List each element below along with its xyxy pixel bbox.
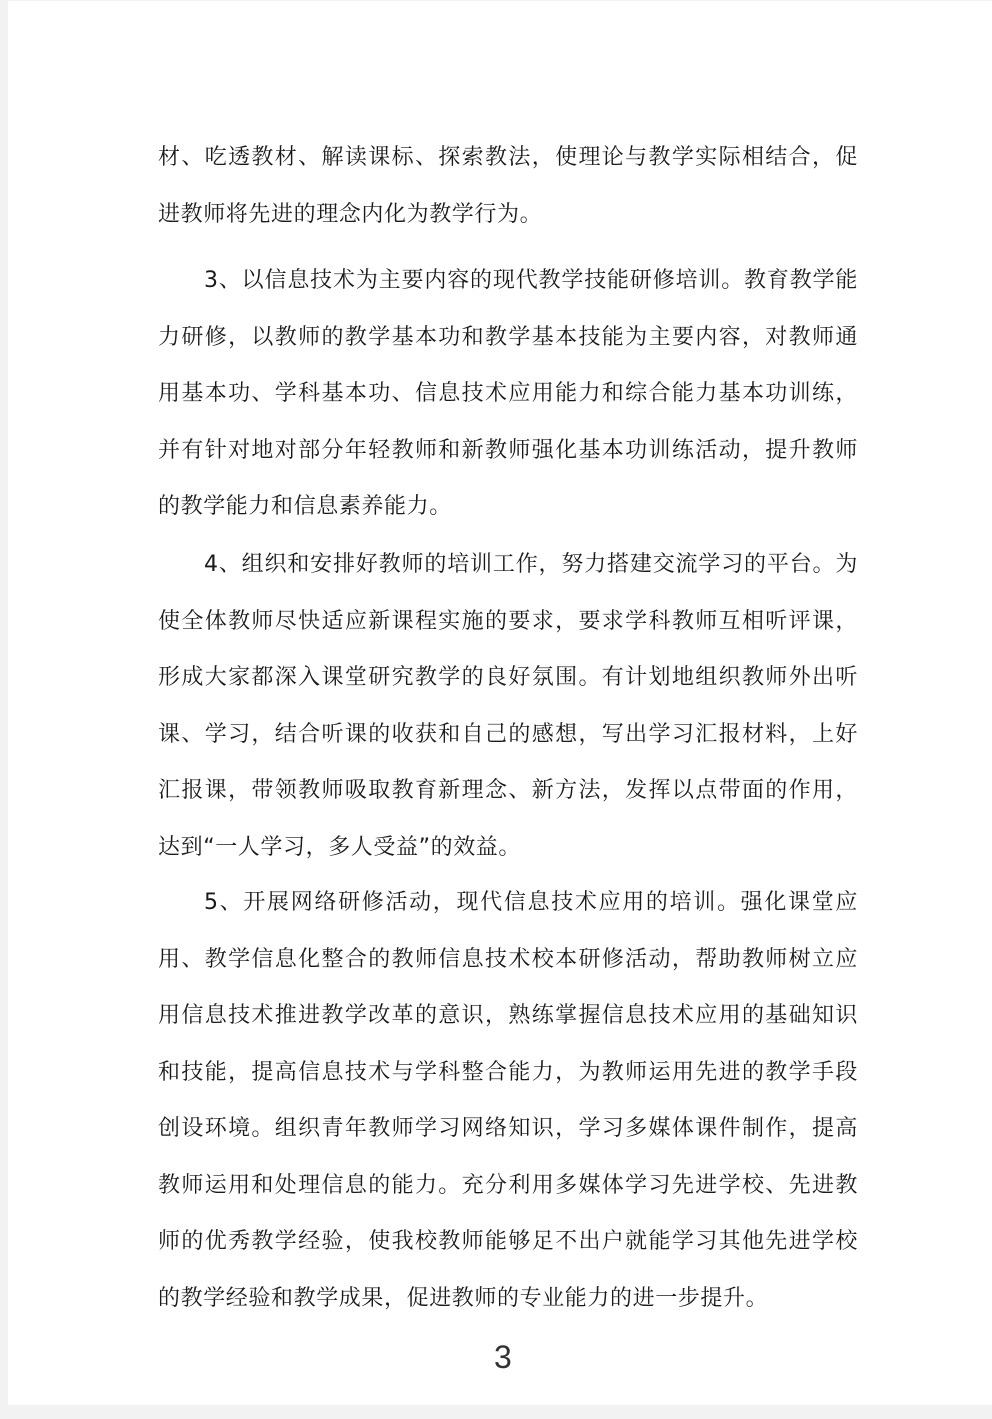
paragraph-item-3: 3、以信息技术为主要内容的现代教学技能研修培训。教育教学能力研修，以教师的教学基… — [158, 253, 858, 536]
paragraph-continuation: 材、吃透教材、解读课标、探索教法，使理论与教学实际相结合，促进教师将先进的理念内… — [158, 130, 858, 243]
paragraph-item-5: 5、开展网络研修活动，现代信息技术应用的培训。强化课堂应用、教学信息化整合的教师… — [158, 875, 858, 1327]
document-page: 材、吃透教材、解读课标、探索教法，使理论与教学实际相结合，促进教师将先进的理念内… — [8, 1, 992, 1405]
paragraph-item-4: 4、组织和安排好教师的培训工作，努力搭建交流学习的平台。为使全体教师尽快适应新课… — [158, 537, 858, 876]
page-number: 3 — [494, 1339, 512, 1376]
